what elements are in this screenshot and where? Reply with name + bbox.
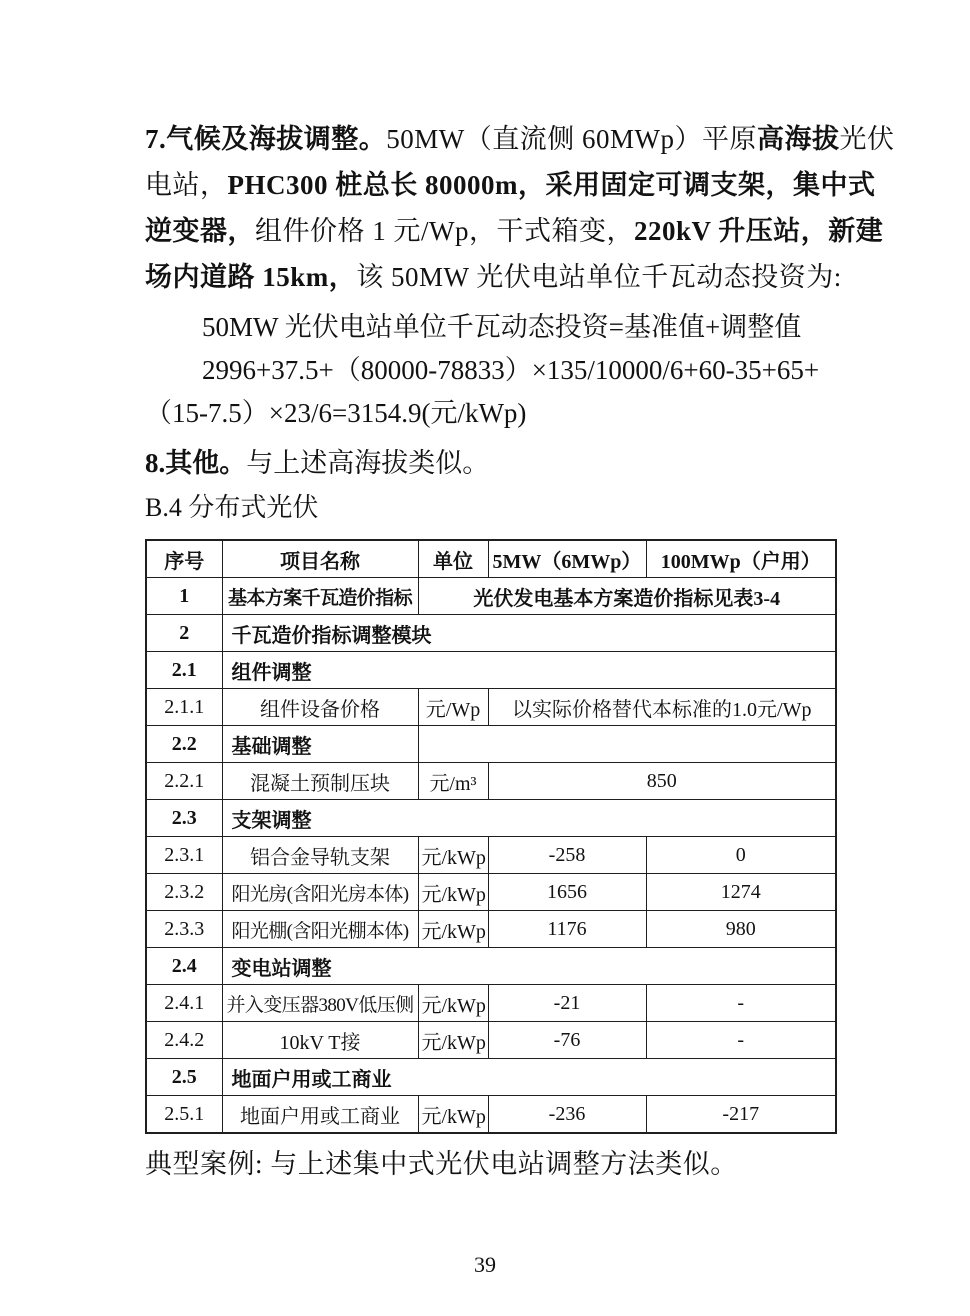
text-segment: 8.其他。	[145, 448, 246, 478]
table-cell: 基本方案千瓦造价指标	[222, 578, 418, 615]
table-cell: 元/Wp	[418, 689, 488, 726]
table-cell: 2.4	[146, 948, 222, 985]
table-cell: 支架调整	[222, 800, 836, 837]
table-cell: -	[646, 1022, 836, 1059]
table-cell: -76	[488, 1022, 646, 1059]
distributed-pv-cost-table: 序号 项目名称 单位 5MW（6MWp） 100MWp（户用） 1基本方案千瓦造…	[145, 539, 837, 1134]
table-cell: 2.3.1	[146, 837, 222, 874]
table-cell: 1176	[488, 911, 646, 948]
table-cell: 2.2.1	[146, 763, 222, 800]
table-cell: -217	[646, 1096, 836, 1134]
table-row: 2.5地面户用或工商业	[146, 1059, 836, 1096]
table-cell: 1656	[488, 874, 646, 911]
column-header: 单位	[418, 540, 488, 578]
table-cell: -21	[488, 985, 646, 1022]
table-cell: 阳光棚(含阳光棚本体)	[222, 911, 418, 948]
table-cell: 混凝土预制压块	[222, 763, 418, 800]
table-cell: 2.2	[146, 726, 222, 763]
table-row: 2.3支架调整	[146, 800, 836, 837]
table-cell: 1	[146, 578, 222, 615]
text-segment: 与上述高海拔类似。	[246, 448, 489, 478]
table-cell: 光伏发电基本方案造价指标见表3-4	[418, 578, 836, 615]
table-cell: 2.3.3	[146, 911, 222, 948]
table-cell: 以实际价格替代本标准的1.0元/Wp	[488, 689, 836, 726]
table-cell: 地面户用或工商业	[222, 1096, 418, 1134]
text-segment: 场内道路 15km，	[145, 262, 356, 292]
table-cell: 元/kWp	[418, 874, 488, 911]
table-cell: 组件设备价格	[222, 689, 418, 726]
table-row: 2.1.1组件设备价格元/Wp以实际价格替代本标准的1.0元/Wp	[146, 689, 836, 726]
formula-line: 50MW 光伏电站单位千瓦动态投资=基准值+调整值	[145, 306, 835, 349]
typical-case-note: 典型案例: 与上述集中式光伏电站调整方法类似。	[145, 1148, 835, 1180]
paragraph-line: 场内道路 15km，该 50MW 光伏电站单位千瓦动态投资为:	[145, 254, 835, 300]
text-segment: 逆变器，	[145, 216, 255, 246]
table-cell: -258	[488, 837, 646, 874]
table-body: 1基本方案千瓦造价指标光伏发电基本方案造价指标见表3-42千瓦造价指标调整模块2…	[146, 578, 836, 1134]
table-cell: 组件调整	[222, 652, 836, 689]
text-segment: PHC300 桩总长 80000m，采用固定可调支架，集中式	[228, 170, 876, 200]
table-cell: 2.3	[146, 800, 222, 837]
table-cell: -	[646, 985, 836, 1022]
table-row: 2.4.1并入变压器380V低压侧元/kWp-21-	[146, 985, 836, 1022]
table-cell: 阳光房(含阳光房本体)	[222, 874, 418, 911]
section-b4-heading: B.4 分布式光伏	[145, 486, 835, 530]
table-row: 2.3.2阳光房(含阳光房本体)元/kWp16561274	[146, 874, 836, 911]
table-row: 2千瓦造价指标调整模块	[146, 615, 836, 652]
table-cell: 980	[646, 911, 836, 948]
formula-line: （15-7.5）×23/6=3154.9(元/kWp)	[145, 392, 835, 435]
paragraph-line: 逆变器，组件价格 1 元/Wp，干式箱变，220kV 升压站，新建	[145, 208, 835, 254]
table-cell: 10kV T接	[222, 1022, 418, 1059]
column-header: 100MWp（户用）	[646, 540, 836, 578]
section-7-paragraph: 7.气候及海拔调整。50MW（直流侧 60MWp）平原高海拔光伏 电站，PHC3…	[145, 116, 835, 300]
table-header: 序号 项目名称 单位 5MW（6MWp） 100MWp（户用）	[146, 540, 836, 578]
table-row: 2.4.210kV T接元/kWp-76-	[146, 1022, 836, 1059]
table-cell: 1274	[646, 874, 836, 911]
table-cell: 元/kWp	[418, 911, 488, 948]
document-content: 7.气候及海拔调整。50MW（直流侧 60MWp）平原高海拔光伏 电站，PHC3…	[145, 116, 835, 1180]
table-row: 2.3.3阳光棚(含阳光棚本体)元/kWp1176980	[146, 911, 836, 948]
text-segment: 220kV 升压站，新建	[634, 216, 883, 246]
table-cell: 元/kWp	[418, 837, 488, 874]
table-cell: 千瓦造价指标调整模块	[222, 615, 836, 652]
table-cell: 2.3.2	[146, 874, 222, 911]
table-cell: 2.1.1	[146, 689, 222, 726]
table-cell: 元/kWp	[418, 985, 488, 1022]
formula-block: 50MW 光伏电站单位千瓦动态投资=基准值+调整值 2996+37.5+（800…	[145, 306, 835, 435]
text-segment: 组件价格 1 元/Wp，干式箱变，	[255, 216, 634, 246]
formula-line: 2996+37.5+（80000-78833）×135/10000/6+60-3…	[145, 349, 835, 392]
text-segment: 电站，	[145, 170, 228, 200]
text-segment: 该 50MW 光伏电站单位千瓦动态投资为:	[356, 262, 842, 292]
table-cell: 0	[646, 837, 836, 874]
table-cell: 地面户用或工商业	[222, 1059, 836, 1096]
table-cell: 2.5.1	[146, 1096, 222, 1134]
column-header: 项目名称	[222, 540, 418, 578]
table-row: 2.5.1地面户用或工商业元/kWp-236-217	[146, 1096, 836, 1134]
table-cell: 并入变压器380V低压侧	[222, 985, 418, 1022]
table-cell	[418, 726, 836, 763]
paragraph-line: 7.气候及海拔调整。50MW（直流侧 60MWp）平原高海拔光伏	[145, 116, 835, 162]
table-header-row: 序号 项目名称 单位 5MW（6MWp） 100MWp（户用）	[146, 540, 836, 578]
table-row: 2.1组件调整	[146, 652, 836, 689]
page-number: 39	[0, 1252, 970, 1278]
table-cell: 2	[146, 615, 222, 652]
table-cell: 变电站调整	[222, 948, 836, 985]
table-cell: 2.1	[146, 652, 222, 689]
column-header: 5MW（6MWp）	[488, 540, 646, 578]
section-8-line: 8.其他。与上述高海拔类似。	[145, 440, 835, 486]
column-header: 序号	[146, 540, 222, 578]
table-cell: 元/m³	[418, 763, 488, 800]
table-row: 1基本方案千瓦造价指标光伏发电基本方案造价指标见表3-4	[146, 578, 836, 615]
text-segment: 50MW（直流侧 60MWp）平原	[386, 124, 757, 154]
table-cell: 2.4.1	[146, 985, 222, 1022]
table-cell: 元/kWp	[418, 1096, 488, 1134]
text-segment: 高海拔	[757, 124, 840, 154]
table-row: 2.3.1铝合金导轨支架元/kWp-2580	[146, 837, 836, 874]
table-cell: 元/kWp	[418, 1022, 488, 1059]
table-row: 2.2基础调整	[146, 726, 836, 763]
document-page: 7.气候及海拔调整。50MW（直流侧 60MWp）平原高海拔光伏 电站，PHC3…	[0, 0, 970, 1316]
table-cell: 2.4.2	[146, 1022, 222, 1059]
table-cell: 850	[488, 763, 836, 800]
table-row: 2.4变电站调整	[146, 948, 836, 985]
text-segment: 7.气候及海拔调整。	[145, 124, 386, 154]
table-cell: -236	[488, 1096, 646, 1134]
table-row: 2.2.1混凝土预制压块元/m³850	[146, 763, 836, 800]
paragraph-line: 电站，PHC300 桩总长 80000m，采用固定可调支架，集中式	[145, 162, 835, 208]
table-cell: 2.5	[146, 1059, 222, 1096]
table-cell: 铝合金导轨支架	[222, 837, 418, 874]
text-segment: 光伏	[839, 124, 894, 154]
table-cell: 基础调整	[222, 726, 418, 763]
